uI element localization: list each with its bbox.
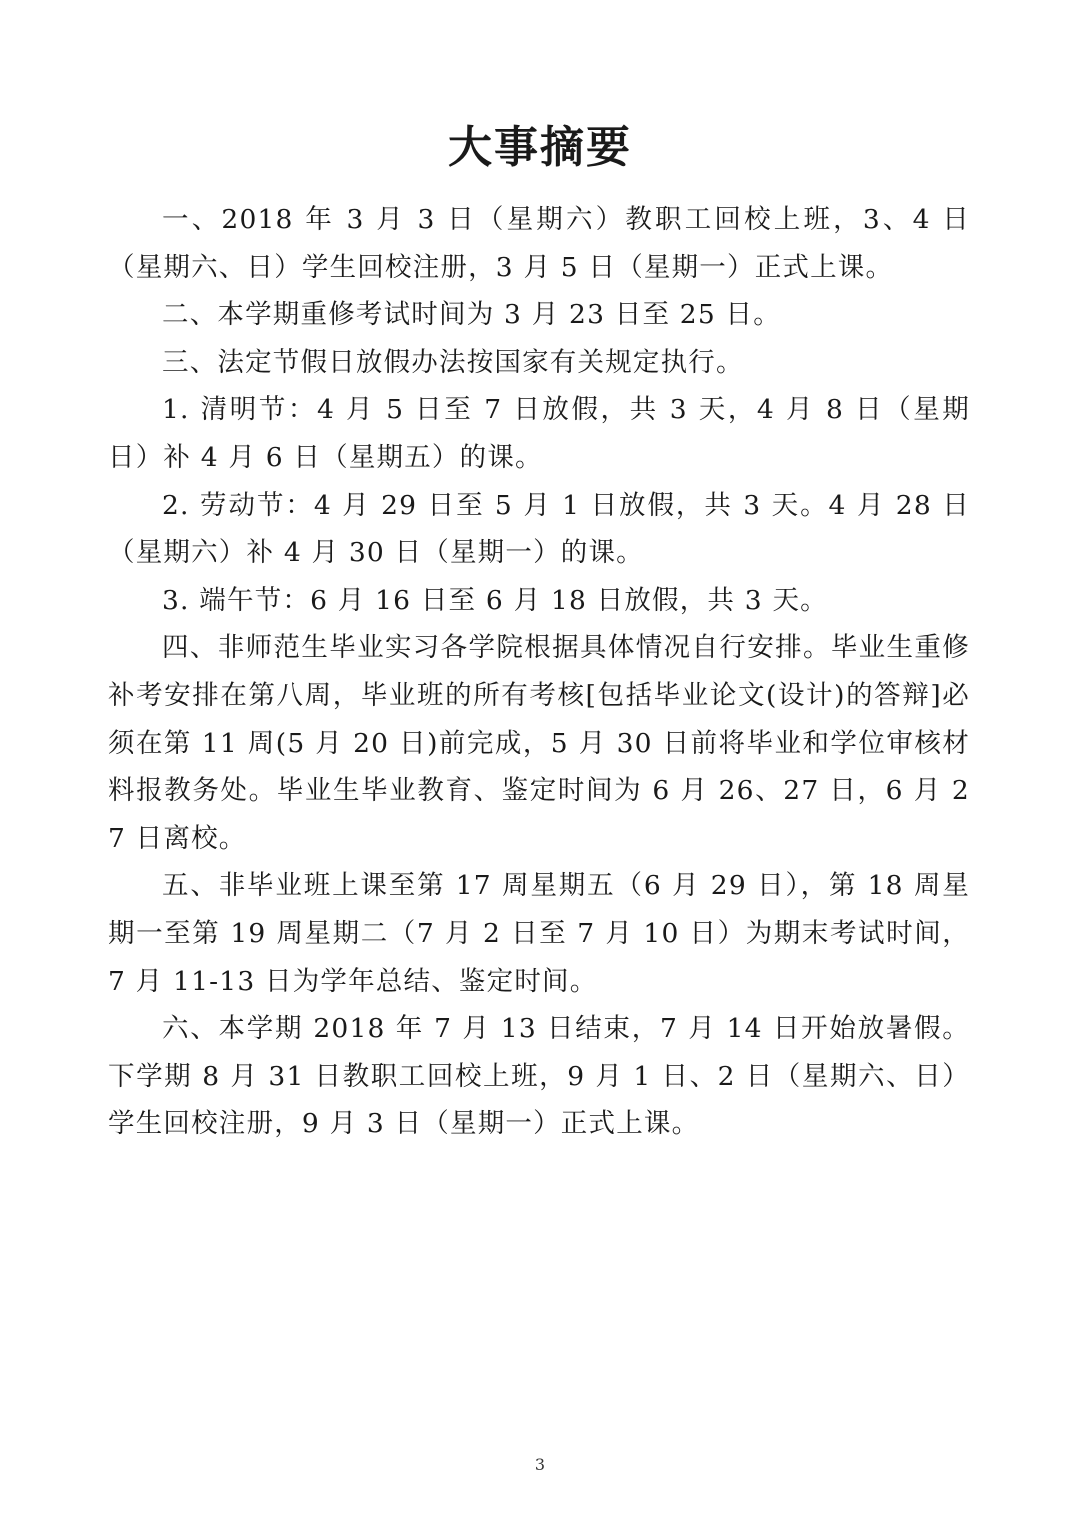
paragraph-5: 五、非毕业班上课至第 17 周星期五（6 月 29 日），第 18 周星期一至第… (108, 862, 970, 1005)
page-number: 3 (0, 1455, 1080, 1474)
paragraph-6: 六、本学期 2018 年 7 月 13 日结束，7 月 14 日开始放暑假。下学… (108, 1005, 970, 1148)
paragraph-3-3: 3. 端午节：6 月 16 日至 6 月 18 日放假，共 3 天。 (108, 577, 970, 625)
paragraph-3: 三、法定节假日放假办法按国家有关规定执行。 (108, 339, 970, 387)
paragraph-2: 二、本学期重修考试时间为 3 月 23 日至 25 日。 (108, 291, 970, 339)
document-body: 一、2018 年 3 月 3 日（星期六）教职工回校上班，3、4 日（星期六、日… (108, 196, 970, 1148)
paragraph-4: 四、非师范生毕业实习各学院根据具体情况自行安排。毕业生重修补考安排在第八周，毕业… (108, 624, 970, 862)
document-title: 大事摘要 (0, 118, 1080, 178)
paragraph-3-2: 2. 劳动节：4 月 29 日至 5 月 1 日放假，共 3 天。4 月 28 … (108, 482, 970, 577)
paragraph-3-1: 1. 清明节：4 月 5 日至 7 日放假，共 3 天，4 月 8 日（星期日）… (108, 386, 970, 481)
paragraph-1: 一、2018 年 3 月 3 日（星期六）教职工回校上班，3、4 日（星期六、日… (108, 196, 970, 291)
